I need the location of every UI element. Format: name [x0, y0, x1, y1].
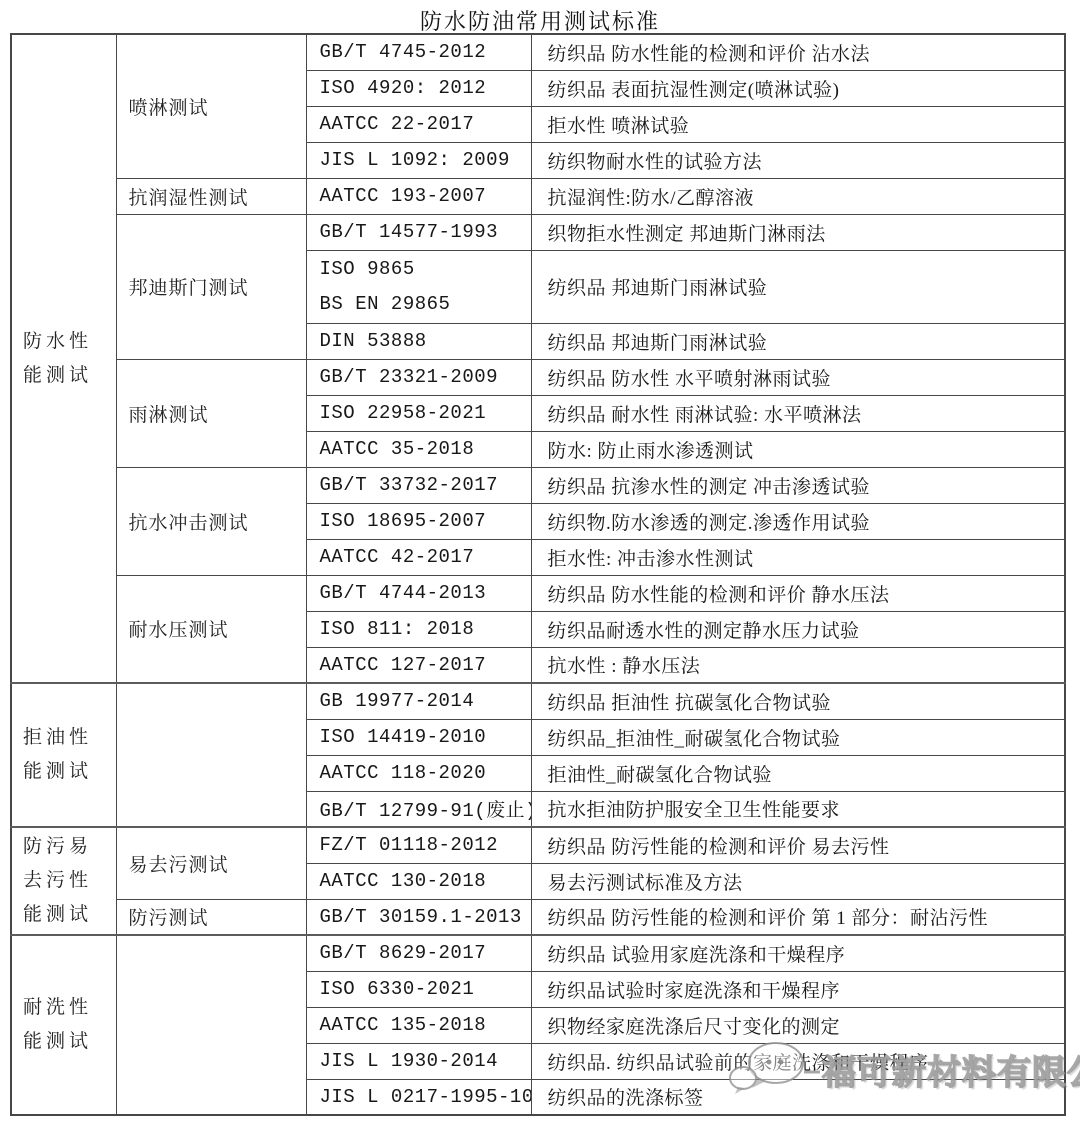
standard-code-line: ISO 9865: [320, 252, 530, 287]
standards-table: 防水性能测试喷淋测试GB/T 4745-2012纺织品 防水性能的检测和评价 沾…: [10, 33, 1066, 1116]
test-group-cell: 雨淋测试: [116, 359, 306, 467]
standard-description-cell: 织物拒水性测定 邦迪斯门淋雨法: [531, 214, 1065, 250]
category-cell: 耐洗性能测试: [11, 935, 116, 1115]
standard-code-cell: ISO 4920: 2012: [306, 70, 531, 106]
standard-description-cell: 纺织品 表面抗湿性测定(喷淋试验): [531, 70, 1065, 106]
standard-description-cell: 抗湿润性:防水/乙醇溶液: [531, 178, 1065, 214]
table-row: 防污易去污性能测试易去污测试FZ/T 01118-2012纺织品 防污性能的检测…: [11, 827, 1065, 863]
standard-description-cell: 纺织品 邦迪斯门雨淋试验: [531, 250, 1065, 323]
standard-description-cell: 纺织品的洗涤标签: [531, 1079, 1065, 1115]
standard-description-cell: 纺织品 防污性能的检测和评价 易去污性: [531, 827, 1065, 863]
standard-code-cell: DIN 53888: [306, 323, 531, 359]
standard-description-cell: 抗水拒油防护服安全卫生性能要求: [531, 791, 1065, 827]
standard-code-cell: AATCC 130-2018: [306, 863, 531, 899]
standard-description-cell: 纺织品 耐水性 雨淋试验: 水平喷淋法: [531, 395, 1065, 431]
standard-code-cell: AATCC 35-2018: [306, 431, 531, 467]
category-cell: 防污易去污性能测试: [11, 827, 116, 935]
standard-code-cell: AATCC 127-2017: [306, 647, 531, 683]
standard-description-cell: 纺织品 防水性能的检测和评价 静水压法: [531, 575, 1065, 611]
test-group-cell: 防污测试: [116, 899, 306, 935]
standard-code-cell: AATCC 118-2020: [306, 755, 531, 791]
table-row: 抗水冲击测试GB/T 33732-2017纺织品 抗渗水性的测定 冲击渗透试验: [11, 467, 1065, 503]
table-row: 耐水压测试GB/T 4744-2013纺织品 防水性能的检测和评价 静水压法: [11, 575, 1065, 611]
standard-code-cell: ISO 811: 2018: [306, 611, 531, 647]
standard-code-cell: ISO 9865BS EN 29865: [306, 250, 531, 323]
test-group-cell: [116, 935, 306, 1115]
table-row: 耐洗性能测试GB/T 8629-2017纺织品 试验用家庭洗涤和干燥程序: [11, 935, 1065, 971]
standard-code-cell: GB/T 4745-2012: [306, 34, 531, 70]
standard-description-cell: 纺织品 邦迪斯门雨淋试验: [531, 323, 1065, 359]
standard-description-cell: 抗水性 : 静水压法: [531, 647, 1065, 683]
standard-code-cell: JIS L 1930-2014: [306, 1043, 531, 1079]
standard-code-cell: GB/T 8629-2017: [306, 935, 531, 971]
test-group-cell: 抗水冲击测试: [116, 467, 306, 575]
standard-code-cell: JIS L 0217-1995-103: [306, 1079, 531, 1115]
standard-code-cell: AATCC 22-2017: [306, 106, 531, 142]
standard-description-cell: 纺织物耐水性的试验方法: [531, 142, 1065, 178]
standard-code-cell: GB/T 30159.1-2013: [306, 899, 531, 935]
table-row: 抗润湿性测试AATCC 193-2007抗湿润性:防水/乙醇溶液: [11, 178, 1065, 214]
standard-code-cell: GB/T 4744-2013: [306, 575, 531, 611]
standard-description-cell: 拒水性: 冲击渗水性测试: [531, 539, 1065, 575]
table-row: 拒油性能测试GB 19977-2014纺织品 拒油性 抗碳氢化合物试验: [11, 683, 1065, 719]
standard-code-cell: ISO 14419-2010: [306, 719, 531, 755]
table-row: 防水性能测试喷淋测试GB/T 4745-2012纺织品 防水性能的检测和评价 沾…: [11, 34, 1065, 70]
category-cell: 拒油性能测试: [11, 683, 116, 827]
standard-code-line: BS EN 29865: [320, 287, 530, 322]
standard-description-cell: 纺织品. 纺织品试验前的家庭洗涤和干燥程序: [531, 1043, 1065, 1079]
test-group-cell: 易去污测试: [116, 827, 306, 899]
standard-description-cell: 易去污测试标准及方法: [531, 863, 1065, 899]
standard-description-cell: 纺织物.防水渗透的测定.渗透作用试验: [531, 503, 1065, 539]
standard-description-cell: 纺织品 试验用家庭洗涤和干燥程序: [531, 935, 1065, 971]
standard-description-cell: 纺织品耐透水性的测定静水压力试验: [531, 611, 1065, 647]
standard-code-cell: ISO 22958-2021: [306, 395, 531, 431]
standard-code-cell: GB/T 14577-1993: [306, 214, 531, 250]
category-cell: 防水性能测试: [11, 34, 116, 683]
standard-description-cell: 纺织品试验时家庭洗涤和干燥程序: [531, 971, 1065, 1007]
page-title: 防水防油常用测试标准: [0, 0, 1080, 33]
test-group-cell: 耐水压测试: [116, 575, 306, 683]
standard-description-cell: 纺织品_拒油性_耐碳氢化合物试验: [531, 719, 1065, 755]
standard-code-cell: AATCC 135-2018: [306, 1007, 531, 1043]
document-page: 防水防油常用测试标准 防水性能测试喷淋测试GB/T 4745-2012纺织品 防…: [0, 0, 1080, 1124]
standards-table-body: 防水性能测试喷淋测试GB/T 4745-2012纺织品 防水性能的检测和评价 沾…: [11, 34, 1065, 1115]
test-group-cell: 抗润湿性测试: [116, 178, 306, 214]
standard-description-cell: 防水: 防止雨水渗透测试: [531, 431, 1065, 467]
standard-description-cell: 纺织品 拒油性 抗碳氢化合物试验: [531, 683, 1065, 719]
table-row: 雨淋测试GB/T 23321-2009纺织品 防水性 水平喷射淋雨试验: [11, 359, 1065, 395]
standard-code-cell: AATCC 42-2017: [306, 539, 531, 575]
standard-code-cell: GB/T 12799-91(废止): [306, 791, 531, 827]
standard-description-cell: 纺织品 防水性 水平喷射淋雨试验: [531, 359, 1065, 395]
table-row: 防污测试GB/T 30159.1-2013纺织品 防污性能的检测和评价 第 1 …: [11, 899, 1065, 935]
standard-code-cell: GB 19977-2014: [306, 683, 531, 719]
standard-code-cell: FZ/T 01118-2012: [306, 827, 531, 863]
standard-code-cell: JIS L 1092: 2009: [306, 142, 531, 178]
standard-description-cell: 织物经家庭洗涤后尺寸变化的测定: [531, 1007, 1065, 1043]
table-row: 邦迪斯门测试GB/T 14577-1993织物拒水性测定 邦迪斯门淋雨法: [11, 214, 1065, 250]
standard-code-cell: GB/T 33732-2017: [306, 467, 531, 503]
standard-code-cell: GB/T 23321-2009: [306, 359, 531, 395]
test-group-cell: [116, 683, 306, 827]
standard-description-cell: 纺织品 抗渗水性的测定 冲击渗透试验: [531, 467, 1065, 503]
test-group-cell: 邦迪斯门测试: [116, 214, 306, 359]
standard-code-cell: ISO 18695-2007: [306, 503, 531, 539]
standard-description-cell: 拒油性_耐碳氢化合物试验: [531, 755, 1065, 791]
standard-code-cell: AATCC 193-2007: [306, 178, 531, 214]
standard-description-cell: 拒水性 喷淋试验: [531, 106, 1065, 142]
standard-description-cell: 纺织品 防水性能的检测和评价 沾水法: [531, 34, 1065, 70]
standard-code-cell: ISO 6330-2021: [306, 971, 531, 1007]
test-group-cell: 喷淋测试: [116, 34, 306, 178]
standard-description-cell: 纺织品 防污性能的检测和评价 第 1 部分：耐沾污性: [531, 899, 1065, 935]
